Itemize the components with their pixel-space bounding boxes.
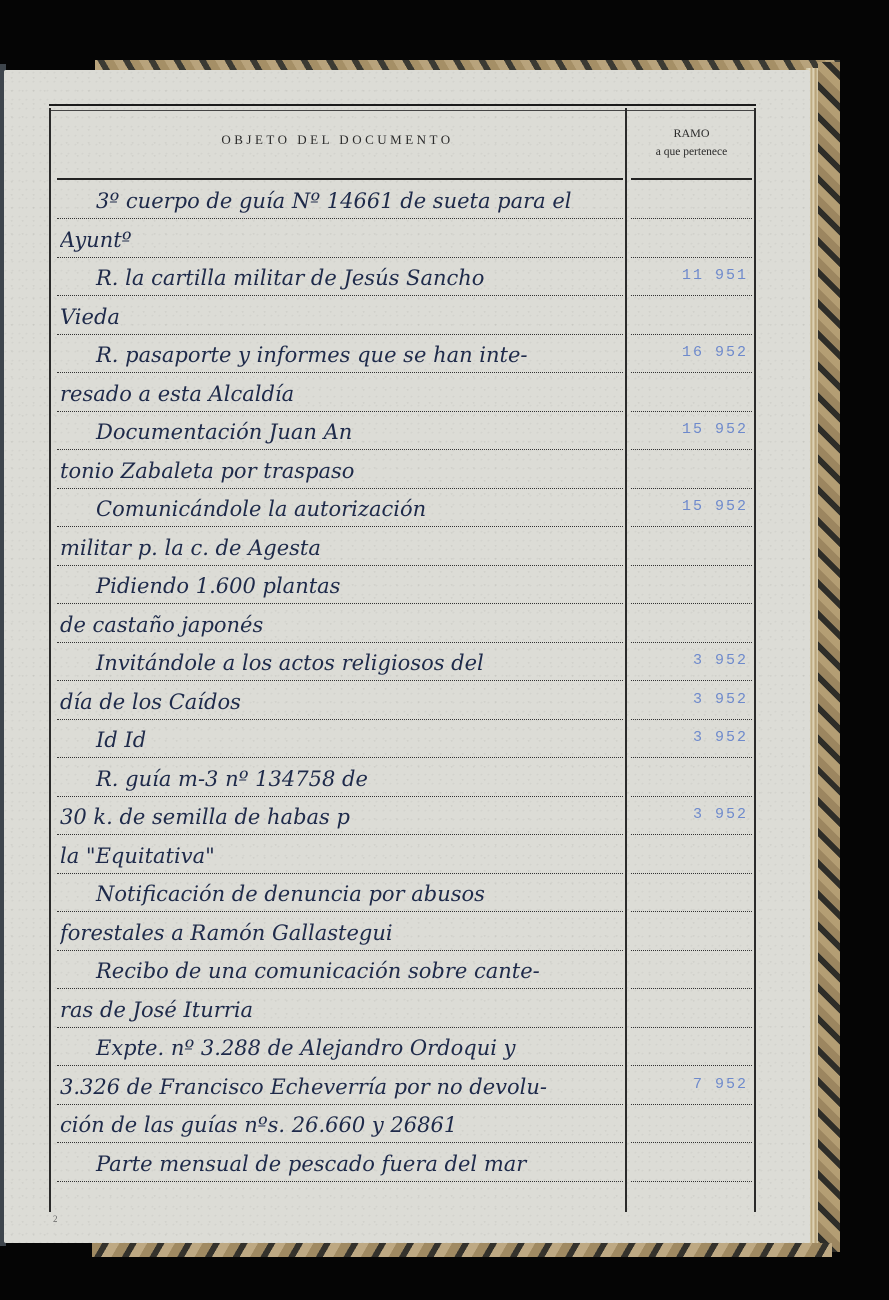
ramo-date-stamp: 3 952 xyxy=(636,729,748,753)
register-entry-line: 3.326 de Francisco Echeverría por no dev… xyxy=(60,1068,620,1106)
register-entry-line: 30 k. de semilla de habas p xyxy=(60,798,620,836)
register-entry-line: de castaño japonés xyxy=(60,606,620,644)
rule-line xyxy=(631,257,752,258)
register-entry-line: Recibo de una comunicación sobre cante- xyxy=(60,952,656,990)
header-rule-left xyxy=(57,178,623,180)
header-rule-right xyxy=(631,178,752,180)
rule-line xyxy=(631,834,752,835)
register-entry-line: ción de las guías nºs. 26.660 y 26861 xyxy=(60,1106,620,1144)
ramo-date-stamp: 16 952 xyxy=(636,344,748,368)
register-entry-line: Pidiendo 1.600 plantas xyxy=(60,567,656,605)
ramo-date-stamp: 15 952 xyxy=(636,421,748,445)
rule-line xyxy=(631,950,752,951)
cover-edge-bottom xyxy=(92,1243,832,1257)
ramo-date-stamp: 3 952 xyxy=(636,806,748,830)
rule-line xyxy=(631,565,752,566)
register-entry-line: militar p. la c. de Agesta xyxy=(60,529,620,567)
rule-line xyxy=(631,488,752,489)
register-entry-line: Ayuntº xyxy=(60,221,620,259)
rule-line xyxy=(631,1027,752,1028)
column-header-objeto: OBJETO DEL DOCUMENTO xyxy=(49,132,626,148)
register-entry-line: Invitándole a los actos religiosos del xyxy=(60,644,656,682)
ramo-date-stamp: 15 952 xyxy=(636,498,748,522)
rule-line xyxy=(631,642,752,643)
register-entry-line: R. pasaporte y informes que se han inte- xyxy=(60,336,656,374)
rule-line xyxy=(631,334,752,335)
register-entry-line: día de los Caídos xyxy=(60,683,620,721)
register-entry-line: Vieda xyxy=(60,298,620,336)
left-border xyxy=(49,108,51,1212)
register-entry-line: tonio Zabaleta por traspaso xyxy=(60,452,620,490)
column-header-ramo: RAMO a que pertenece xyxy=(627,124,756,162)
register-entry-line: Notificación de denuncia por abusos xyxy=(60,875,656,913)
rule-line xyxy=(631,719,752,720)
rule-line xyxy=(631,873,752,874)
register-entry-line: R. guía m-3 nº 134758 de xyxy=(60,760,656,798)
register-entry-line: forestales a Ramón Gallastegui xyxy=(60,914,620,952)
register-entry-line: Documentación Juan An xyxy=(60,413,656,451)
ramo-date-stamp: 11 951 xyxy=(636,267,748,291)
ramo-date-stamp: 7 952 xyxy=(636,1076,748,1100)
register-entry-line: Parte mensual de pescado fuera del mar xyxy=(60,1145,656,1183)
register-entry-line: la "Equitativa" xyxy=(60,837,620,875)
register-entry-line: Id Id xyxy=(60,721,656,759)
rule-line xyxy=(631,411,752,412)
register-entry-line: 3º cuerpo de guía Nº 14661 de sueta para… xyxy=(60,182,656,220)
ramo-date-stamp: 3 952 xyxy=(636,691,748,715)
ramo-title: RAMO xyxy=(627,124,756,143)
rule-line xyxy=(631,1142,752,1143)
cover-edge-right xyxy=(818,62,840,1252)
register-entry-line: resado a esta Alcaldía xyxy=(60,375,620,413)
ramo-date-stamp: 3 952 xyxy=(636,652,748,676)
rule-line xyxy=(631,1104,752,1105)
register-entry-line: ras de José Iturria xyxy=(60,991,620,1029)
right-border xyxy=(754,108,756,1212)
page-marker: 2 xyxy=(53,1214,58,1224)
register-entry-line: Expte. nº 3.288 de Alejandro Ordoqui y xyxy=(60,1029,656,1067)
top-rule xyxy=(49,104,756,111)
register-entry-line: R. la cartilla militar de Jesús Sancho xyxy=(60,259,656,297)
ramo-subtitle: a que pertenece xyxy=(627,143,756,162)
register-entry-line: Comunicándole la autorización xyxy=(60,490,656,528)
